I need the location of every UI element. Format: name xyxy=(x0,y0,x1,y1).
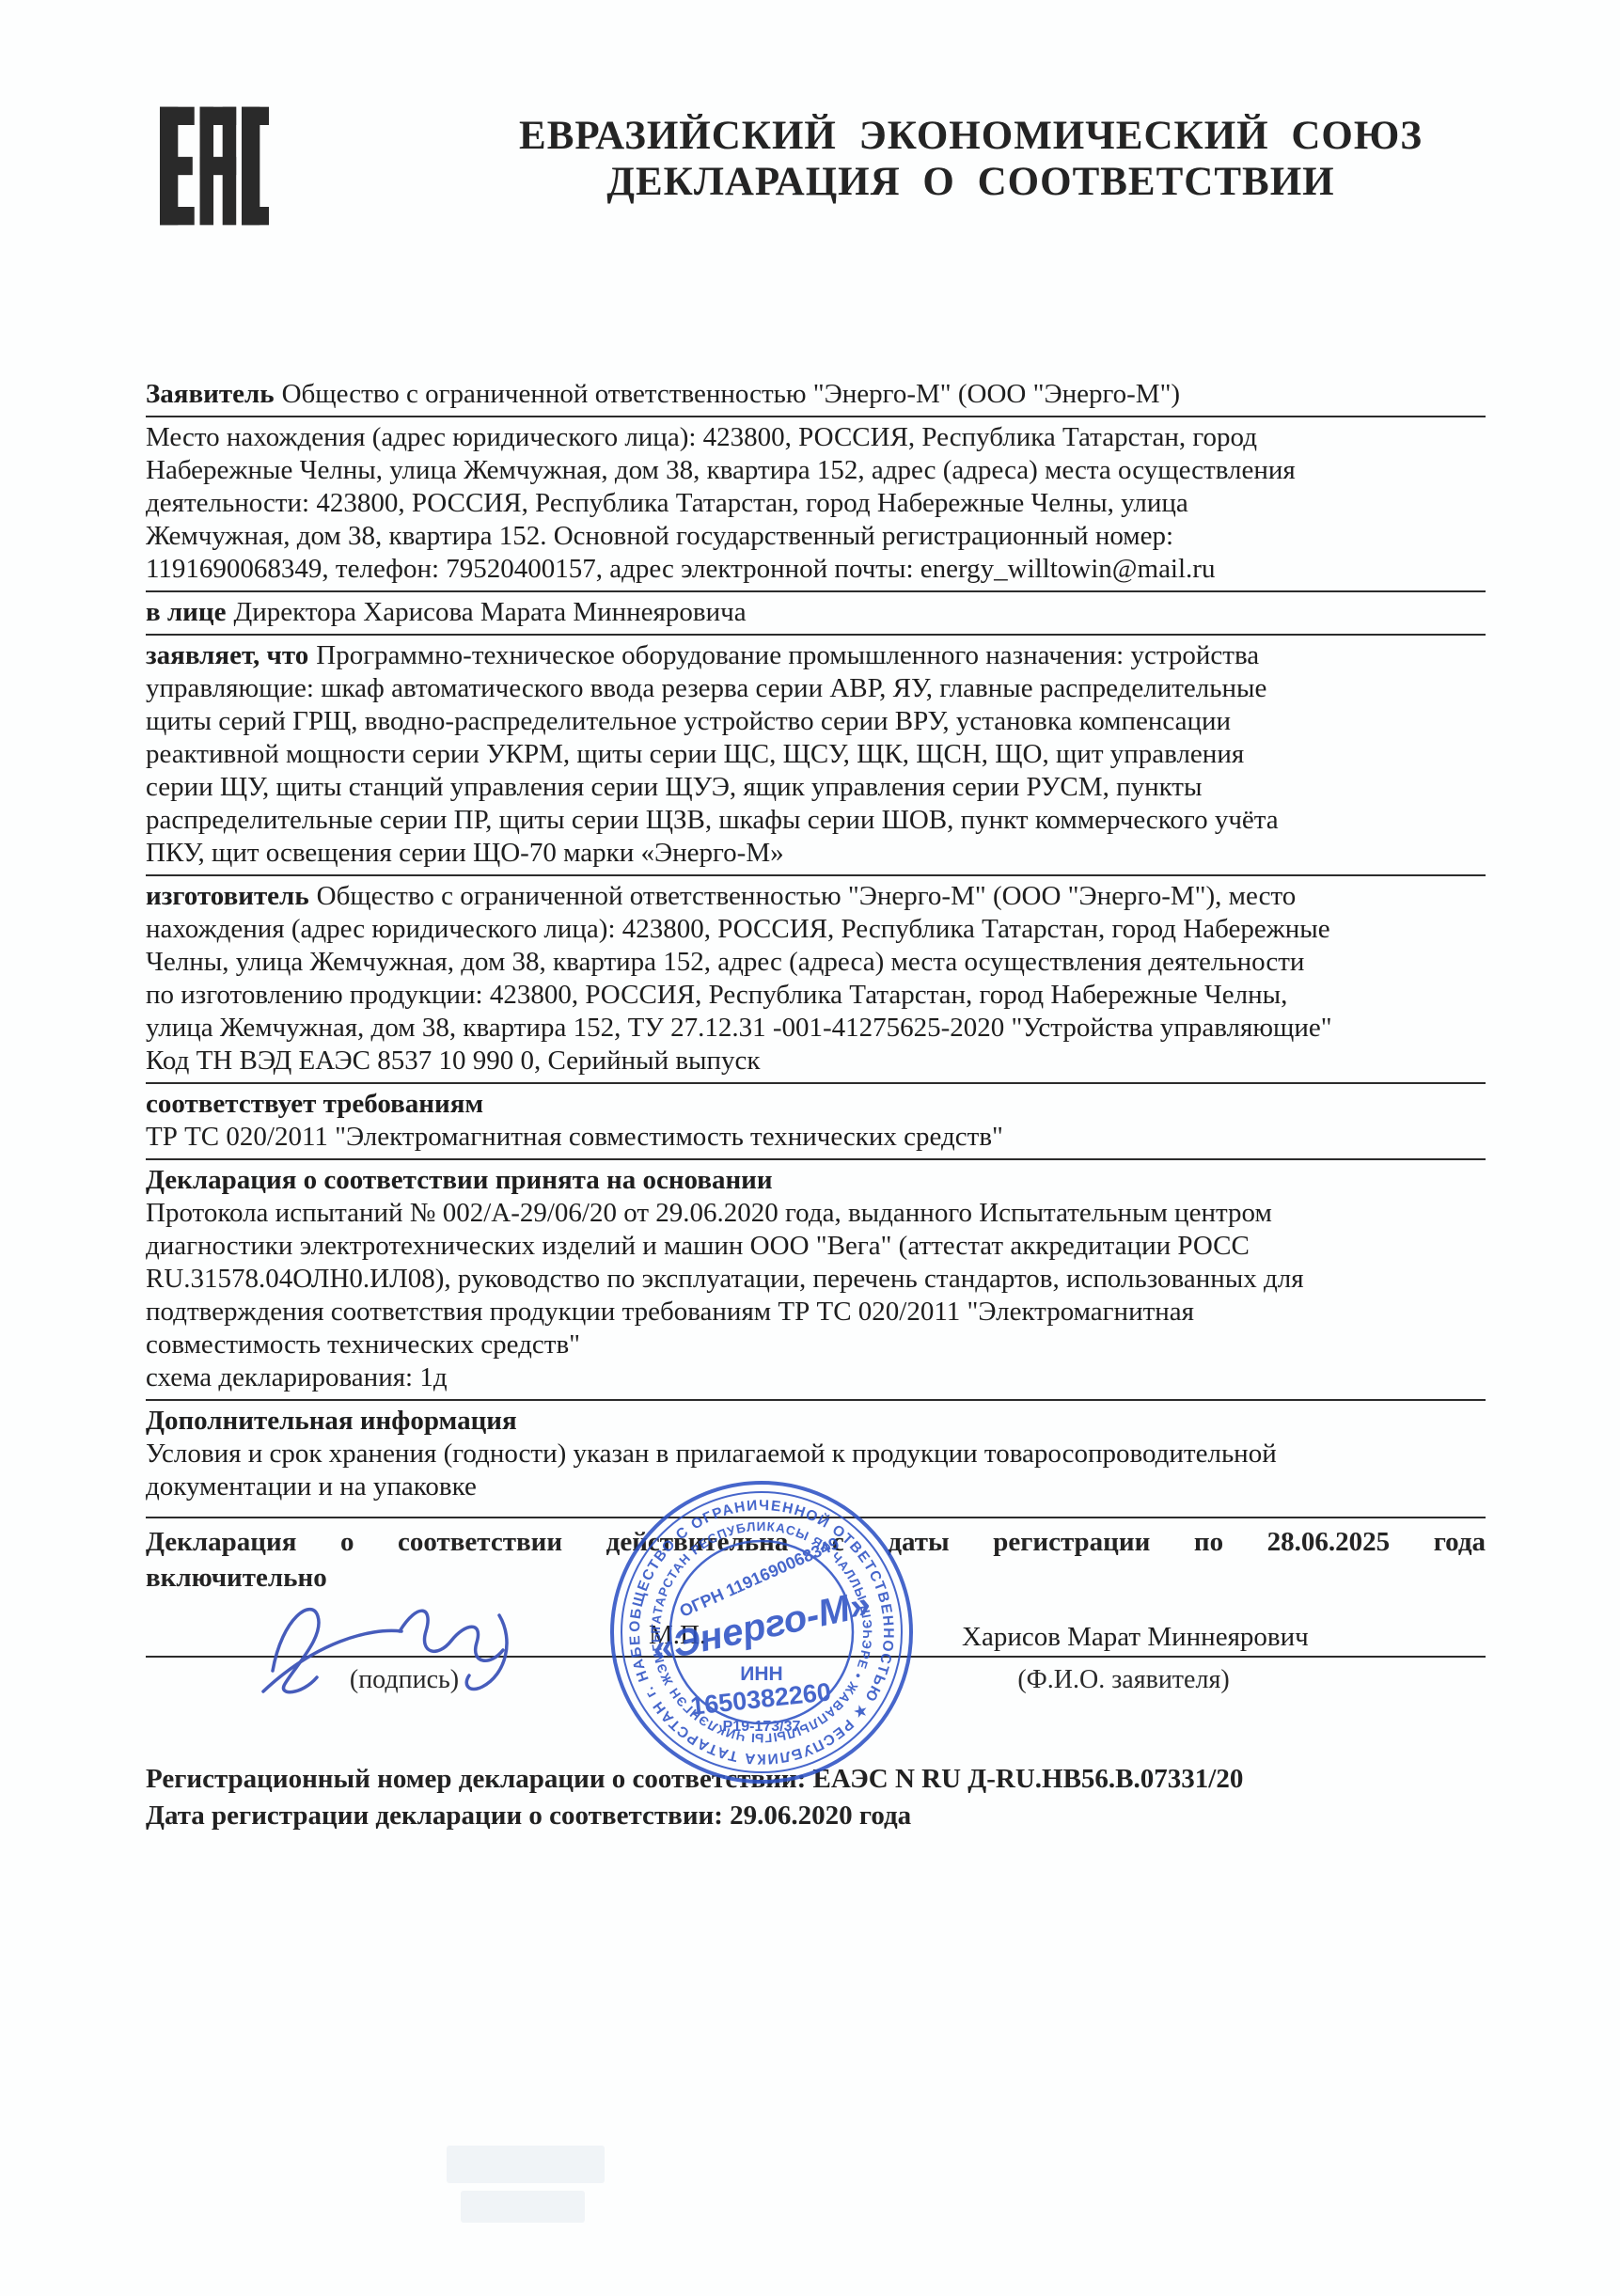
complies-label: соответствует требованиям xyxy=(146,1089,483,1119)
applicant-label: Заявитель xyxy=(146,379,275,409)
manufacturer-section: изготовительОбщество с ограниченной отве… xyxy=(146,876,1486,1084)
manufacturer-text: Общество с ограниченной ответственностью… xyxy=(146,881,1332,1076)
basis-label: Декларация о соответствии принята на осн… xyxy=(146,1165,773,1195)
additional-info-label: Дополнительная информация xyxy=(146,1406,517,1436)
in-person-label: в лице xyxy=(146,597,226,627)
stamp-inn-value: 1650382260 xyxy=(689,1677,832,1721)
document-title: ЕВРАЗИЙСКИЙ ЭКОНОМИЧЕСКИЙ СОЮЗ ДЕКЛАРАЦИ… xyxy=(470,113,1471,205)
complies-section: соответствует требованиям ТР ТС 020/2011… xyxy=(146,1084,1486,1160)
handwritten-signature xyxy=(259,1584,541,1706)
basis-section: Декларация о соответствии принята на осн… xyxy=(146,1160,1486,1401)
fio-caption: (Ф.И.О. заявителя) xyxy=(973,1665,1274,1695)
eac-logo-icon xyxy=(160,106,269,226)
applicant-section: ЗаявительОбщество с ограниченной ответст… xyxy=(146,374,1486,417)
in-person-section: в лицеДиректора Харисова Марата Миннеяро… xyxy=(146,592,1486,636)
signer-name: Харисов Марат Миннеярович xyxy=(962,1622,1309,1653)
basis-text: Протокола испытаний № 002/А-29/06/20 от … xyxy=(146,1197,1486,1394)
signature-area: М.П. Харисов Марат Миннеярович ОБЩЕСТВО … xyxy=(146,1596,1486,1658)
stamp-company-name: «Энерго-М» xyxy=(649,1583,874,1670)
manufacturer-label: изготовитель xyxy=(146,881,309,911)
declares-section: заявляет, чтоПрограммно-техническое обор… xyxy=(146,636,1486,876)
registration-date-line: Дата регистрации декларации о соответств… xyxy=(146,1798,1486,1834)
title-union: ЕВРАЗИЙСКИЙ ЭКОНОМИЧЕСКИЙ СОЮЗ xyxy=(470,113,1471,159)
applicant-value: Общество с ограниченной ответственностью… xyxy=(282,379,1181,409)
scan-artifact xyxy=(447,2146,605,2183)
title-declaration: ДЕКЛАРАЦИЯ О СООТВЕТСТВИИ xyxy=(470,159,1471,205)
scan-artifact xyxy=(461,2191,585,2223)
company-stamp: ОБЩЕСТВО С ОГРАНИЧЕННОЙ ОТВЕТСТВЕННОСТЬЮ… xyxy=(606,1477,917,1787)
in-person-value: Директора Харисова Марата Миннеяровича xyxy=(233,597,746,627)
declares-text: Программно-техническое оборудование пром… xyxy=(146,640,1279,868)
address-text: Место нахождения (адрес юридического лиц… xyxy=(146,422,1296,584)
declaration-document: ЕВРАЗИЙСКИЙ ЭКОНОМИЧЕСКИЙ СОЮЗ ДЕКЛАРАЦИ… xyxy=(0,0,1620,2296)
declares-label: заявляет, что xyxy=(146,640,308,670)
document-body: ЗаявительОбщество с ограниченной ответст… xyxy=(146,374,1486,1834)
complies-text: ТР ТС 020/2011 "Электромагнитная совмест… xyxy=(146,1121,1486,1154)
stamp-inn-label: ИНН xyxy=(740,1663,782,1685)
address-section: Место нахождения (адрес юридического лиц… xyxy=(146,417,1486,592)
stamp-code: Р19-173/37 xyxy=(723,1719,801,1735)
